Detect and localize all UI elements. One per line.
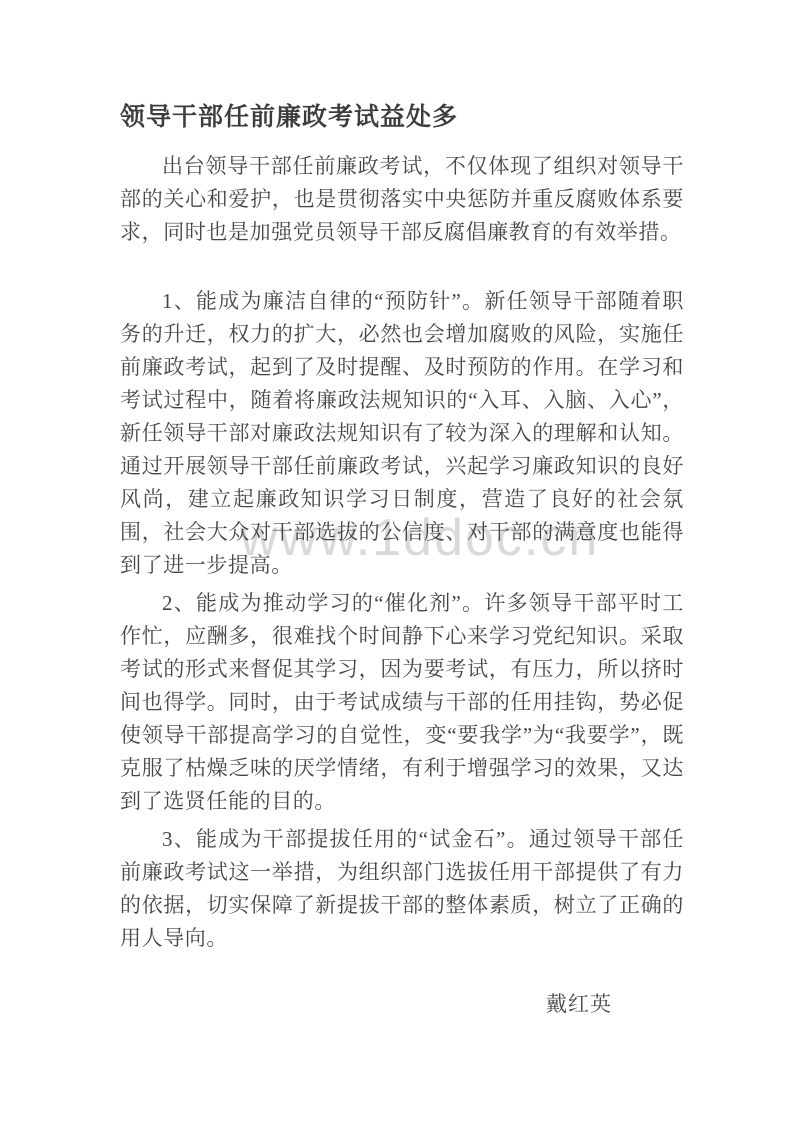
author-signature: 戴红英 [120,988,684,1021]
document-page: www.1ddoc.cn 领导干部任前廉政考试益处多 出台领导干部任前廉政考试，… [0,0,800,1132]
paragraph-point-2: 2、能成为推动学习的“催化剂”。许多领导干部平时工作忙，应酬多，很难找个时间静下… [120,587,684,818]
document-content: 领导干部任前廉政考试益处多 出台领导干部任前廉政考试，不仅体现了组织对领导干部的… [120,100,684,1021]
paragraph-intro: 出台领导干部任前廉政考试，不仅体现了组织对领导干部的关心和爱护，也是贯彻落实中央… [120,150,684,249]
document-body: 出台领导干部任前廉政考试，不仅体现了组织对领导干部的关心和爱护，也是贯彻落实中央… [120,150,684,955]
paragraph-point-3: 3、能成为干部提拔任用的“试金石”。通过领导干部任前廉政考试这一举措，为组织部门… [120,823,684,955]
document-title: 领导干部任前廉政考试益处多 [120,100,684,136]
paragraph-point-1: 1、能成为廉洁自律的“预防针”。新任领导干部随着职务的升迁，权力的扩大，必然也会… [120,285,684,582]
